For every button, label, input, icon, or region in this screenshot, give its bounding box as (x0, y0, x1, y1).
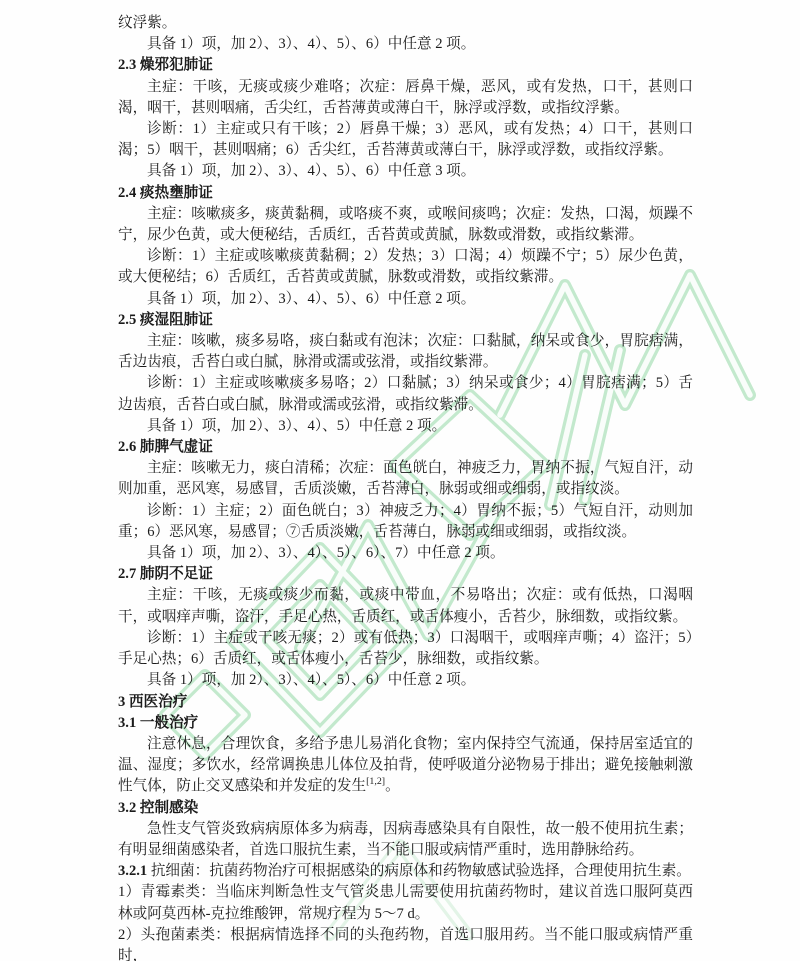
section-heading: 2.7 肺阴不足证 (118, 564, 693, 585)
paragraph: 具备 1）项，加 2）、3）、4）、5）、6）中任意 2 项。 (118, 670, 693, 691)
paragraph: 具备 1）项，加 2）、3）、4）、5）、6）中任意 3 项。 (118, 161, 693, 182)
section-heading: 2.5 痰湿阻肺证 (118, 310, 693, 331)
paragraph: 2）头孢菌素类：根据病情选择不同的头孢药物，首选口服用药。当不能口服或病情严重时… (118, 925, 693, 961)
section-heading: 2.4 痰热壅肺证 (118, 183, 693, 204)
paragraph: 主症：咳嗽，痰多易咯，痰白黏或有泡沫；次症：口黏腻，纳呆或食少，胃脘痞满，舌边齿… (118, 331, 693, 373)
run-in-heading-number: 3.2.1 (118, 863, 147, 879)
paragraph: 诊断：1）主症或只有干咳；2）唇鼻干燥；3）恶风，或有发热；4）口干，甚则口渴；… (118, 119, 693, 161)
paragraph: 急性支气管炎致病病原体多为病毒，因病毒感染具有自限性，故一般不使用抗生素；有明显… (118, 819, 693, 861)
paragraph: 主症：咳嗽无力，痰白清稀；次症：面色㿠白，神疲乏力，胃纳不振，气短自汗，动则加重… (118, 458, 693, 500)
paragraph: 主症：干咳，无痰或痰少难咯；次症：唇鼻干燥，恶风，或有发热，口干，甚则口渴，咽干… (118, 77, 693, 119)
section-heading: 3 西医治疗 (118, 692, 693, 713)
section-heading: 2.3 燥邪犯肺证 (118, 55, 693, 76)
section-heading: 3.1 一般治疗 (118, 713, 693, 734)
paragraph: 具备 1）项，加 2）、3）、4）、5）、6）中任意 2 项。 (118, 34, 693, 55)
paragraph: 诊断：1）主症或干咳无痰；2）或有低热；3）口渴咽干，或咽痒声嘶；4）盗汗；5）… (118, 628, 693, 670)
paragraph: 具备 1）项，加 2）、3）、4）、5）中任意 2 项。 (118, 416, 693, 437)
document-page: 纹浮紫。具备 1）项，加 2）、3）、4）、5）、6）中任意 2 项。2.3 燥… (0, 0, 800, 961)
citation-superscript: [1,2] (366, 776, 385, 787)
paragraph: 诊断：1）主症；2）面色㿠白；3）神疲乏力；4）胃纳不振；5）气短自汗，动则加重… (118, 501, 693, 543)
paragraph: 1）青霉素类：当临床判断急性支气管炎患儿需要使用抗菌药物时，建议首选口服阿莫西林… (118, 882, 693, 924)
paragraph: 3.2.1 抗细菌：抗菌药物治疗可根据感染的病原体和药物敏感试验选择，合理使用抗… (118, 861, 693, 882)
section-heading: 2.6 肺脾气虚证 (118, 437, 693, 458)
section-heading: 3.2 控制感染 (118, 798, 693, 819)
document-content: 纹浮紫。具备 1）项，加 2）、3）、4）、5）、6）中任意 2 项。2.3 燥… (118, 13, 693, 961)
paragraph: 诊断：1）主症或咳嗽痰多易咯；2）口黏腻；3）纳呆或食少；4）胃脘痞满；5）舌边… (118, 373, 693, 415)
paragraph: 诊断：1）主症或咳嗽痰黄黏稠；2）发热；3）口渴；4）烦躁不宁；5）尿少色黄，或… (118, 246, 693, 288)
paragraph: 具备 1）项，加 2）、3）、4）、5）、6）、7）中任意 2 项。 (118, 543, 693, 564)
paragraph: 纹浮紫。 (118, 13, 693, 34)
paragraph: 主症：咳嗽痰多，痰黄黏稠，或咯痰不爽，或喉间痰鸣；次症：发热，口渴，烦躁不宁，尿… (118, 204, 693, 246)
paragraph: 具备 1）项，加 2）、3）、4）、5）、6）中任意 2 项。 (118, 289, 693, 310)
paragraph: 注意休息，合理饮食，多给予患儿易消化食物；室内保持空气流通，保持居室适宜的温、湿… (118, 734, 693, 798)
paragraph: 主症：干咳，无痰或痰少而黏，或痰中带血，不易咯出；次症：或有低热，口渴咽干，或咽… (118, 585, 693, 627)
